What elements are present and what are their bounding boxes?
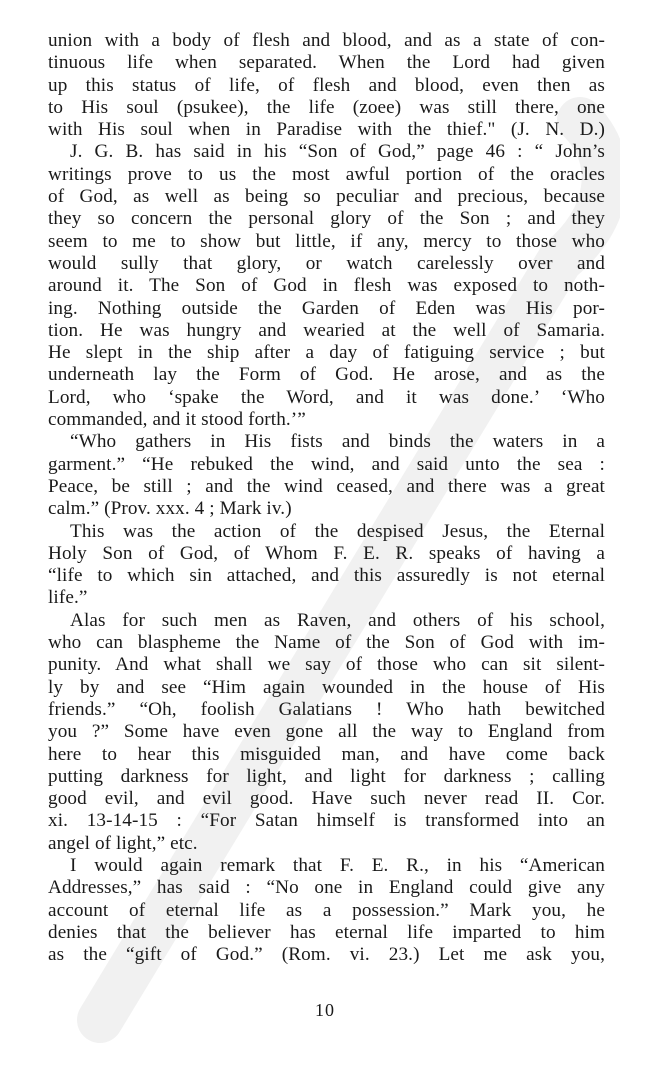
text-line: underneath lay the Form of God. He arose… (48, 364, 605, 386)
text-line: who can blaspheme the Name of the Son of… (48, 632, 605, 654)
text-line: punity. And what shall we say of those w… (48, 654, 605, 676)
text-line: ing. Nothing outside the Garden of Eden … (48, 298, 605, 320)
text-line: would sully that glory, or watch careles… (48, 253, 605, 275)
text-line: “life to which sin attached, and this as… (48, 565, 605, 587)
text-line: putting darkness for light, and light fo… (48, 766, 605, 788)
text-line: This was the action of the despised Jesu… (48, 521, 605, 543)
text-line: Holy Son of God, of Whom F. E. R. speaks… (48, 543, 605, 565)
text-line: you ?” Some have even gone all the way t… (48, 721, 605, 743)
text-line: life.” (48, 587, 605, 609)
text-line: tinuous life when separated. When the Lo… (48, 52, 605, 74)
text-line: they so concern the personal glory of th… (48, 208, 605, 230)
text-line: around it. The Son of God in flesh was e… (48, 275, 605, 297)
text-line: angel of light,” etc. (48, 833, 605, 855)
text-line: friends.” “Oh, foolish Galatians ! Who h… (48, 699, 605, 721)
text-line: Alas for such men as Raven, and others o… (48, 610, 605, 632)
text-line: ly by and see “Him again wounded in the … (48, 677, 605, 699)
text-line: Peace, be still ; and the wind ceased, a… (48, 476, 605, 498)
text-line: here to hear this misguided man, and hav… (48, 744, 605, 766)
text-line: with His soul when in Paradise with the … (48, 119, 605, 141)
text-line: xi. 13-14-15 : “For Satan himself is tra… (48, 810, 605, 832)
text-line: seem to me to show but little, if any, m… (48, 231, 605, 253)
text-line: to His soul (psukee), the life (zoee) wa… (48, 97, 605, 119)
text-line: tion. He was hungry and wearied at the w… (48, 320, 605, 342)
text-line: Addresses,” has said : “No one in Englan… (48, 877, 605, 899)
body-text: union with a body of flesh and blood, an… (48, 30, 605, 966)
text-line: of God, as well as being so peculiar and… (48, 186, 605, 208)
text-line: He slept in the ship after a day of fati… (48, 342, 605, 364)
page-number: 10 (0, 1000, 650, 1021)
text-line: Lord, who ‘spake the Word, and it was do… (48, 387, 605, 409)
text-line: denies that the believer has eternal lif… (48, 922, 605, 944)
text-line: garment.” “He rebuked the wind, and said… (48, 454, 605, 476)
text-line: union with a body of flesh and blood, an… (48, 30, 605, 52)
text-line: I would again remark that F. E. R., in h… (48, 855, 605, 877)
text-line: up this status of life, of flesh and blo… (48, 75, 605, 97)
text-line: J. G. B. has said in his “Son of God,” p… (48, 141, 605, 163)
text-line: as the “gift of God.” (Rom. vi. 23.) Let… (48, 944, 605, 966)
text-line: good evil, and evil good. Have such neve… (48, 788, 605, 810)
document-page: union with a body of flesh and blood, an… (0, 0, 650, 1067)
text-line: account of eternal life as a possession.… (48, 900, 605, 922)
text-line: writings prove to us the most awful port… (48, 164, 605, 186)
text-line: commanded, and it stood forth.’” (48, 409, 605, 431)
text-line: “Who gathers in His fists and binds the … (48, 431, 605, 453)
text-line: calm.” (Prov. xxx. 4 ; Mark iv.) (48, 498, 605, 520)
